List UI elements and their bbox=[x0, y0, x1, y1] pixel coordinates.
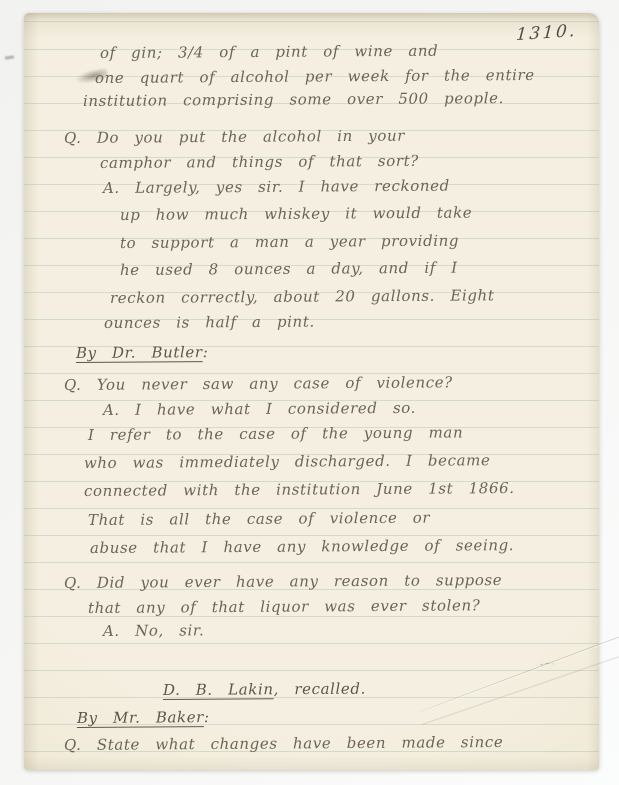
handwritten-line-8: to support a man a year providing bbox=[120, 232, 459, 252]
handwritten-line-16: who was immediately discharged. I became bbox=[84, 451, 491, 472]
handwritten-line-6: A. Largely, yes sir. I have reckoned bbox=[103, 177, 450, 197]
handwritten-line-7: up how much whiskey it would take bbox=[120, 204, 472, 224]
page-number: 1310. bbox=[515, 21, 577, 45]
handwritten-line-13: Q. You never saw any case of violence? bbox=[64, 373, 453, 394]
handwritten-line-3: institution comprising some over 500 peo… bbox=[83, 89, 504, 110]
heading-suffix: : bbox=[203, 343, 209, 361]
manuscript-page: 1310. of gin; 3/4 of a pint of wine and … bbox=[24, 13, 599, 770]
handwritten-line-18: That is all the case of violence or bbox=[88, 509, 430, 529]
handwritten-line-21: that any of that liquor was ever stolen? bbox=[88, 596, 481, 617]
handwritten-line-17: connected with the institution June 1st … bbox=[84, 479, 515, 500]
fold-crease bbox=[409, 628, 619, 715]
handwritten-line-14: A. I have what I considered so. bbox=[103, 399, 416, 419]
handwritten-line-11: ounces is half a pint. bbox=[104, 313, 315, 332]
handwritten-line-9: he used 8 ounces a day, and if I bbox=[120, 259, 458, 279]
heading-underlined-text: By Dr. Butler bbox=[76, 343, 203, 362]
heading-underlined-text: By Mr. Baker bbox=[77, 708, 204, 727]
handwritten-line-2: one quart of alcohol per week for the en… bbox=[95, 66, 535, 87]
handwritten-line-20: Q. Did you ever have any reason to suppo… bbox=[64, 571, 502, 592]
handwritten-line-19: abuse that I have any knowledge of seein… bbox=[90, 536, 514, 557]
handwritten-line-1: of gin; 3/4 of a pint of wine and bbox=[100, 42, 438, 62]
section-heading-by-dr-butler: By Dr. Butler: bbox=[76, 343, 208, 362]
handwritten-line-22: A. No, sir. bbox=[103, 621, 205, 640]
scan-edge-mark bbox=[5, 55, 14, 59]
handwritten-line-10: reckon correctly, about 20 gallons. Eigh… bbox=[110, 286, 495, 307]
witness-recalled-suffix: , recalled. bbox=[274, 680, 366, 699]
handwritten-line-25: Q. State what changes have been made sin… bbox=[64, 733, 504, 754]
handwritten-line-5: camphor and things of that sort? bbox=[100, 152, 419, 172]
fold-crease-shadow bbox=[422, 654, 619, 725]
section-heading-by-mr-baker: By Mr. Baker: bbox=[77, 708, 210, 727]
handwritten-line-15: I refer to the case of the young man bbox=[88, 423, 463, 444]
handwritten-line-4: Q. Do you put the alcohol in your bbox=[64, 127, 405, 147]
heading-suffix: : bbox=[204, 708, 210, 726]
witness-name: D. B. Lakin bbox=[163, 680, 274, 699]
witness-recalled-heading: D. B. Lakin, recalled. bbox=[163, 680, 366, 699]
document-scan: 1310. of gin; 3/4 of a pint of wine and … bbox=[0, 0, 619, 785]
